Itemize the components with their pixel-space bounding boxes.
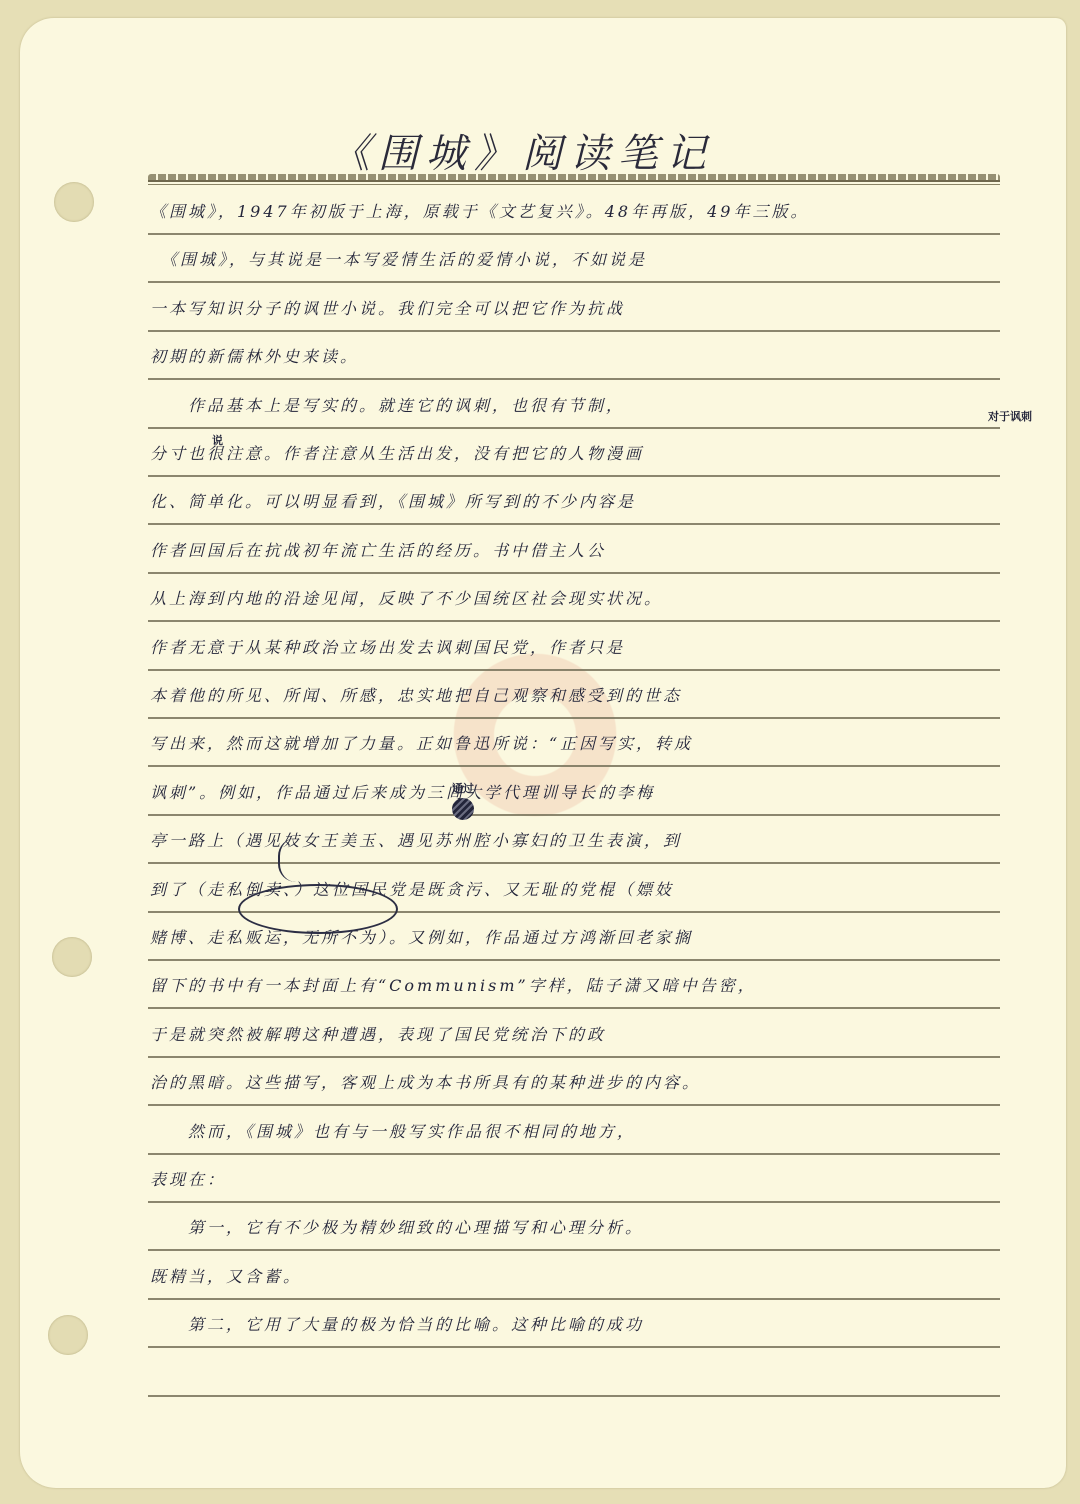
insertion-note-tongguo: 通过 [452,780,474,796]
ruled-line [148,378,1000,380]
ruled-line [148,669,1000,671]
text-line: 从上海到内地的沿途见闻，反映了不少国统区社会现实状况。 [150,582,1030,616]
ruled-line [148,1249,1000,1251]
text-line: 《围城》，与其说是一本写爱情生活的爱情小说，不如说是 [150,243,1030,277]
binder-hole-middle [52,937,92,977]
insertion-note-shuo: 说 [212,432,223,448]
ruled-line [148,959,1000,961]
ruled-line [148,862,1000,864]
text-line: 第二，它用了大量的极为恰当的比喻。这种比喻的成功 [150,1308,1030,1342]
text-line: 本着他的所见、所闻、所感，忠实地把自己观察和感受到的世态 [150,679,1030,713]
text-line: 初期的新儒林外史来读。 [150,340,1030,374]
ruled-line [148,1007,1000,1009]
ruled-line [148,620,1000,622]
page-title: 《围城》阅读笔记 [330,122,714,179]
ruled-line [148,1056,1000,1058]
text-line: 作者无意于从某种政治立场出发去讽刺国民党，作者只是 [150,631,1030,665]
ruled-line [148,427,1000,429]
ruled-line [148,1395,1000,1397]
text-line: 既精当，又含蓄。 [150,1260,1030,1294]
ruled-line [148,523,1000,525]
title-decorative-rule [148,174,1000,186]
margin-note: 对于讽刺 [988,408,1032,424]
handwritten-circle-mark [238,884,398,934]
text-line: 留下的书中有一本封面上有“Communism”字样，陆子潇又暗中告密， [150,969,1030,1003]
text-line: 治的黑暗。这些描写，客观上成为本书所具有的某种进步的内容。 [150,1066,1030,1100]
text-line: 第一，它有不少极为精妙细致的心理描写和心理分析。 [150,1211,1030,1245]
ruled-line [148,233,1000,235]
ruled-line [148,1298,1000,1300]
text-line: 然而，《围城》也有与一般写实作品很不相同的地方， [150,1115,1030,1149]
text-line: 于是就突然被解聘这种遭遇，表现了国民党统治下的政 [150,1018,1030,1052]
ruled-line [148,1153,1000,1155]
text-line: 写出来，然而这就增加了力量。正如鲁迅所说：“正因写实，转成 [150,727,1030,761]
ruled-line [148,1104,1000,1106]
ruled-line [148,330,1000,332]
crossed-out-mark [452,798,474,820]
text-line: 表现在： [150,1163,1030,1197]
ruled-line [148,1201,1000,1203]
binder-hole-bottom [48,1315,88,1355]
ruled-line [148,765,1000,767]
ruled-line [148,717,1000,719]
text-line: 一本写知识分子的讽世小说。我们完全可以把它作为抗战 [150,292,1030,326]
ruled-line [148,572,1000,574]
handwritten-bracket-mark [278,838,300,882]
text-line: 讽刺”。例如，作品通过后来成为三闾大学代理训导长的李梅 [150,776,1030,810]
ruled-line [148,475,1000,477]
ruled-line [148,1346,1000,1348]
text-line: 作品基本上是写实的。就连它的讽刺，也很有节制， [150,389,1030,423]
text-line: 化、简单化。可以明显看到，《围城》所写到的不少内容是 [150,485,1030,519]
text-line: 分寸也很注意。作者注意从生活出发，没有把它的人物漫画 [150,437,1030,471]
text-line: 作者回国后在抗战初年流亡生活的经历。书中借主人公 [150,534,1030,568]
binder-hole-top [54,182,94,222]
text-line: 《围城》，1947年初版于上海，原载于《文艺复兴》。48年再版，49年三版。 [150,195,1030,229]
ruled-line [148,814,1000,816]
ruled-line [148,281,1000,283]
